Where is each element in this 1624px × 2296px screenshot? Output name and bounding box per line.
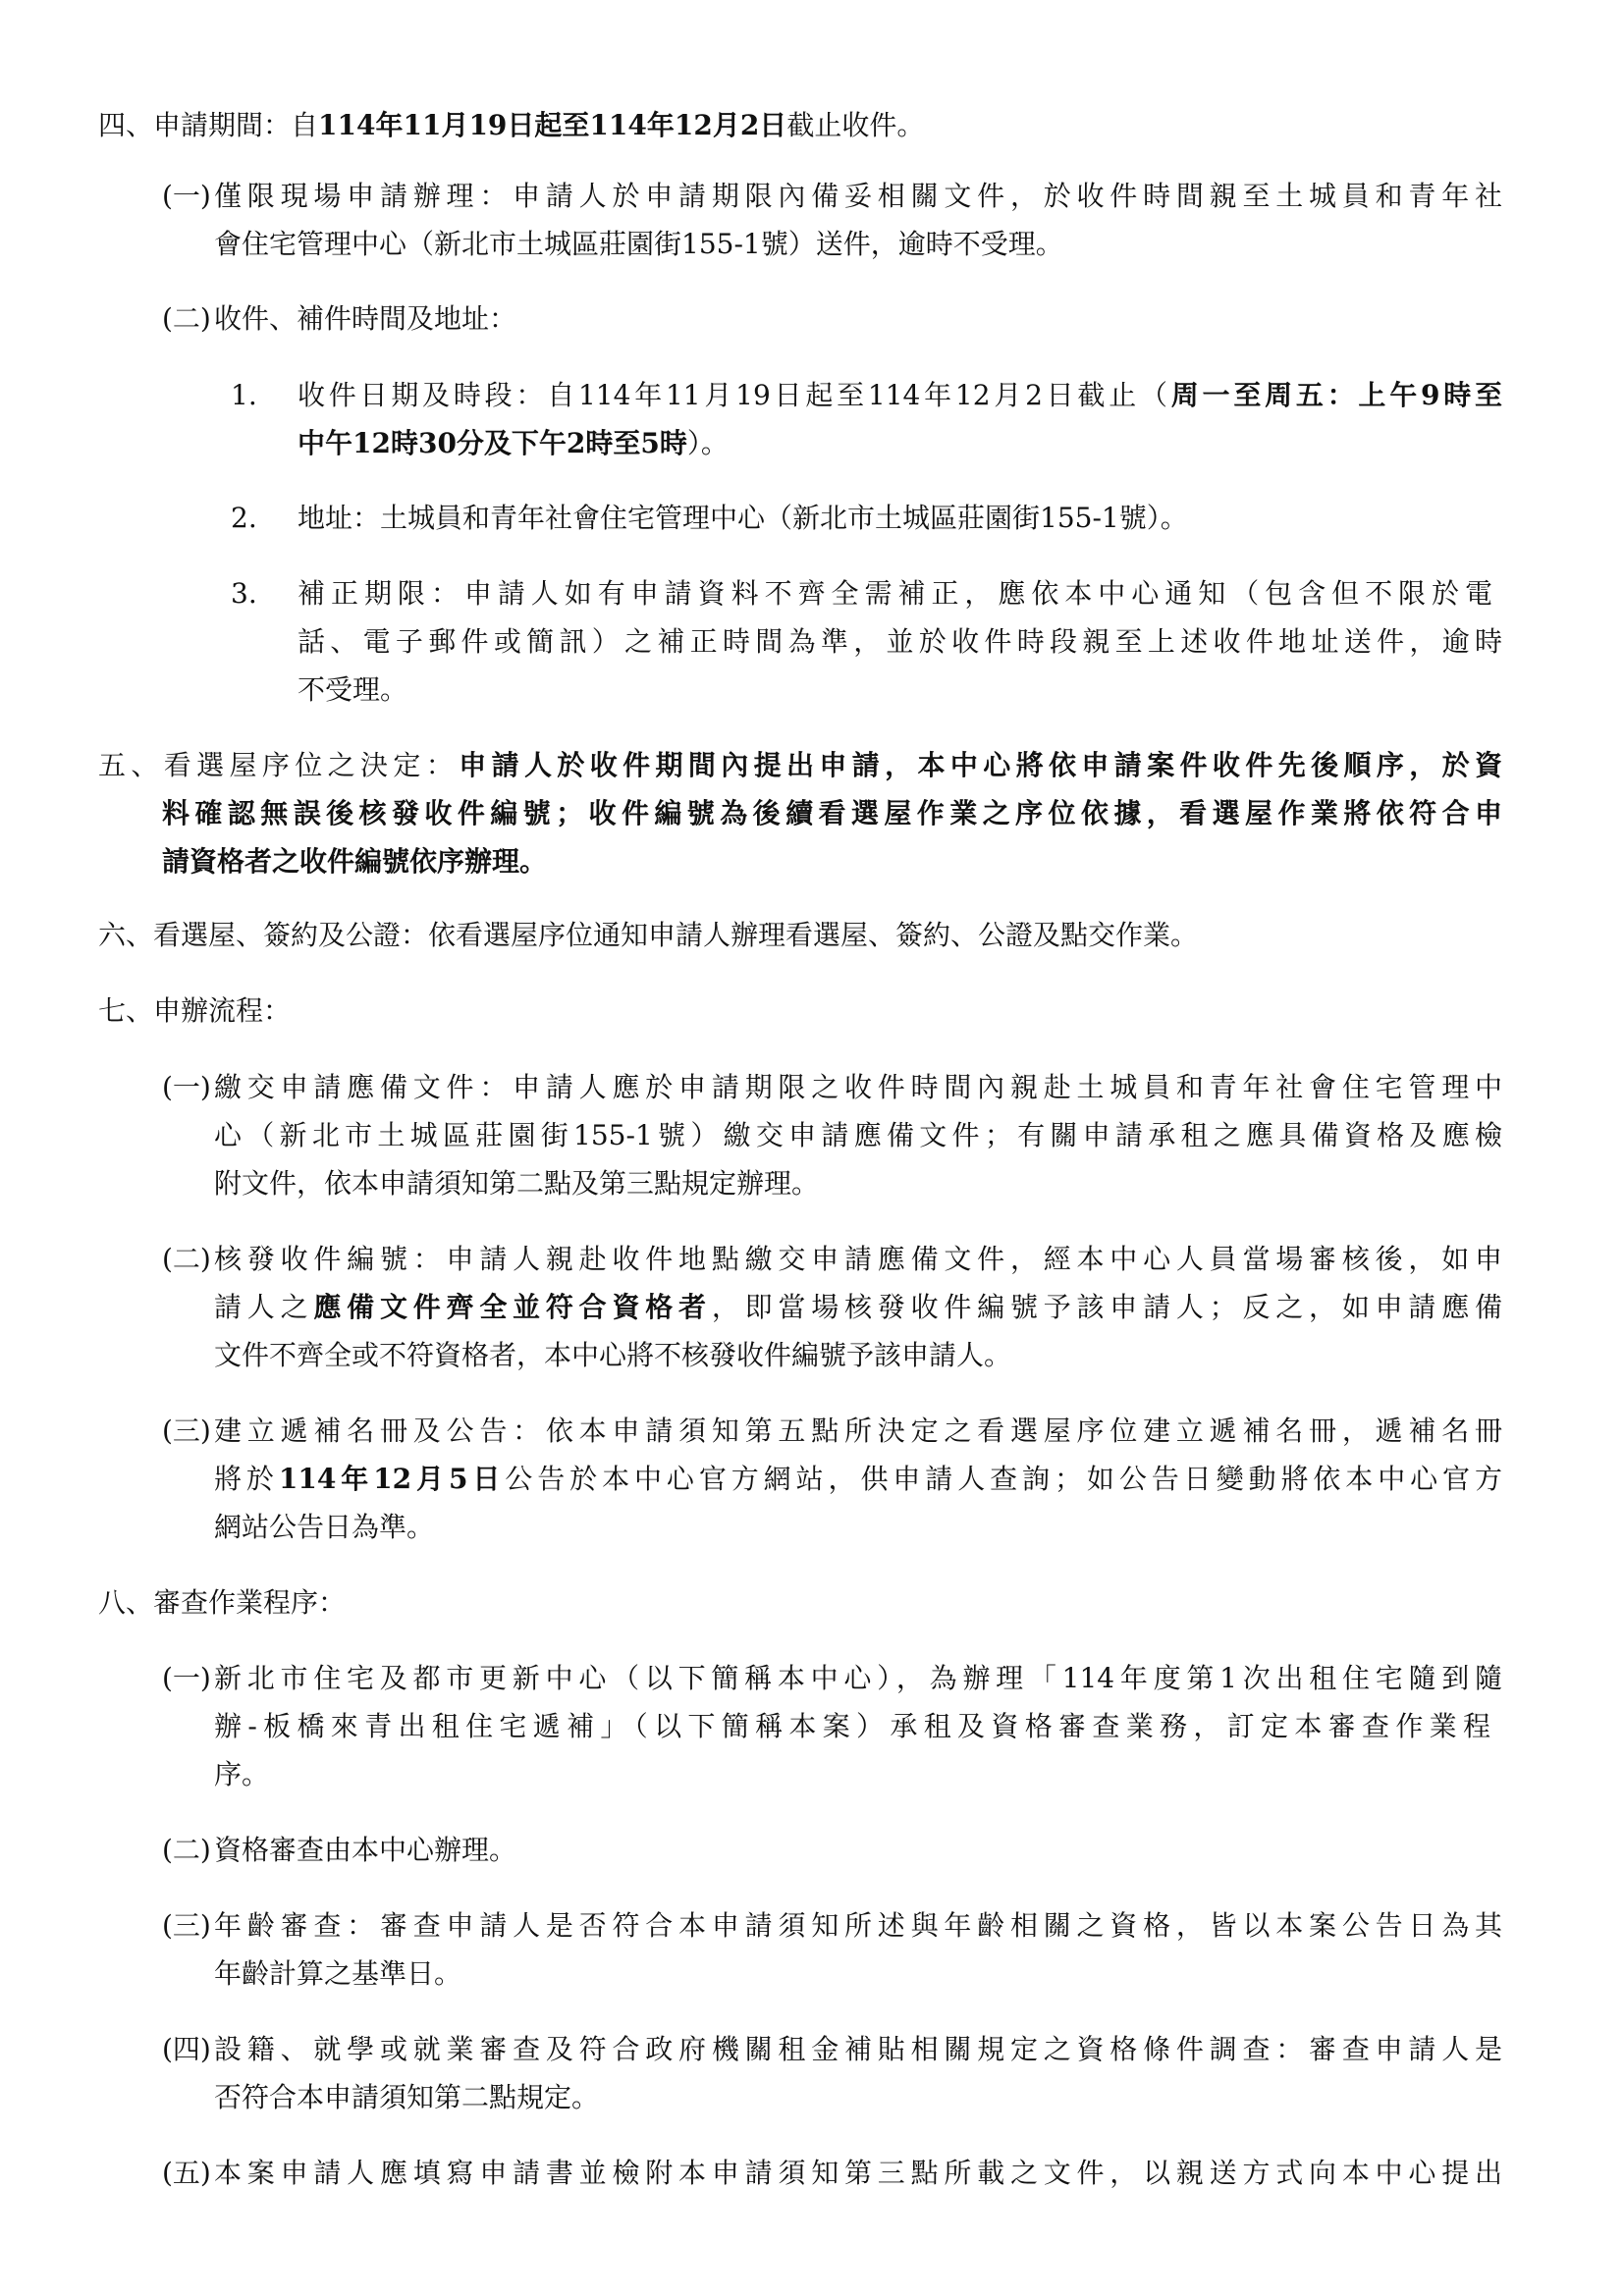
- item-label: (一): [162, 1659, 211, 1698]
- section-7-heading: 七、申辦流程：: [98, 991, 291, 1031]
- s8-item4-line1: 設籍、就學或就業審查及符合政府機關租金補貼相關規定之資格條件調查：審查申請人是: [214, 2030, 1502, 2069]
- s7-item1-line2: 心（新北市土城區莊園街155-1號）繳交申請應備文件；有關申請承租之應具備資格及…: [214, 1116, 1502, 1155]
- numbered-label: 2.: [231, 499, 257, 538]
- s4-sub1-line1: 收件日期及時段：自114年11月19日起至114年12月2日截止（周一至周五：上…: [298, 376, 1502, 415]
- s7-item2-line1: 核發收件編號：申請人親赴收件地點繳交申請應備文件，經本中心人員當場審核後，如申: [214, 1240, 1502, 1279]
- item-label: (一): [162, 1068, 211, 1107]
- section-5-title: 五、看選屋序位之決定：: [98, 749, 459, 781]
- section-5-line3: 請資格者之收件編號依序辦理。: [162, 842, 547, 881]
- application-period-dates: 114年11月19日起至114年12月2日: [318, 109, 786, 141]
- s8-item2-line1: 資格審查由本中心辦理。: [214, 1831, 516, 1870]
- section-5-line1: 五、看選屋序位之決定：申請人於收件期間內提出申請，本中心將依申請案件收件先後順序…: [98, 746, 1502, 785]
- section-8-heading: 八、審查作業程序：: [98, 1583, 346, 1623]
- s7-item1-line3: 附文件，依本申請須知第二點及第三點規定辦理。: [214, 1164, 819, 1203]
- s7-item3-line3: 網站公告日為準。: [214, 1508, 434, 1547]
- numbered-label: 3.: [231, 574, 257, 614]
- s8-item5-line1: 本案申請人應填寫申請書並檢附本申請須知第三點所載之文件，以親送方式向本中心提出: [214, 2154, 1502, 2193]
- s8-item1-line3: 序。: [214, 1755, 269, 1794]
- numbered-label: 1.: [231, 376, 257, 415]
- s4-sub3-line3: 不受理。: [298, 670, 407, 710]
- s8-item4-line2: 否符合本申請須知第二點規定。: [214, 2078, 599, 2117]
- s4-sub2-line1: 地址：土城員和青年社會住宅管理中心（新北市土城區莊園街155-1號）。: [298, 499, 1188, 538]
- s4-item2-line1: 收件、補件時間及地址：: [214, 299, 516, 339]
- item-label: (四): [162, 2030, 211, 2069]
- item-label: (三): [162, 1412, 211, 1451]
- s4-sub1-line2: 中午12時30分及下午2時至5時）。: [298, 424, 729, 463]
- s8-item1-line1: 新北市住宅及都市更新中心（以下簡稱本中心），為辦理「114年度第1次出租住宅隨到…: [214, 1659, 1502, 1698]
- section-5-line2: 料確認無誤後核發收件編號；收件編號為後續看選屋作業之序位依據，看選屋作業將依符合…: [162, 794, 1502, 833]
- qualification-emphasis: 應備文件齊全並符合資格者: [313, 1291, 711, 1323]
- s4-item1-line2: 會住宅管理中心（新北市土城區莊園街155-1號）送件，逾時不受理。: [214, 225, 1063, 264]
- item-label: (一): [162, 177, 211, 216]
- item-label: (五): [162, 2154, 211, 2193]
- item-label: (二): [162, 1831, 211, 1870]
- s4-sub3-line1: 補正期限：申請人如有申請資料不齊全需補正，應依本中心通知（包含但不限於電: [298, 574, 1492, 614]
- section-4-title: 四、申請期間：: [98, 109, 291, 141]
- s8-item3-line2: 年齡計算之基準日。: [214, 1954, 461, 1994]
- document-page: 四、申請期間：自114年11月19日起至114年12月2日截止收件。 (一) 僅…: [0, 0, 1624, 2296]
- section-6-line1: 六、看選屋、簽約及公證：依看選屋序位通知申請人辦理看選屋、簽約、公證及點交作業。: [98, 916, 1198, 955]
- section-4-heading: 四、申請期間：自114年11月19日起至114年12月2日截止收件。: [98, 106, 924, 145]
- s7-item3-line2: 將於114年12月5日公告於本中心官方網站，供申請人查詢；如公告日變動將依本中心…: [214, 1460, 1502, 1499]
- item-label: (二): [162, 299, 211, 339]
- s7-item1-line1: 繳交申請應備文件：申請人應於申請期限之收件時間內親赴土城員和青年社會住宅管理中: [214, 1068, 1502, 1107]
- s8-item3-line1: 年齡審查：審查申請人是否符合本申請須知所述與年齡相關之資格，皆以本案公告日為其: [214, 1906, 1502, 1946]
- item-label: (二): [162, 1240, 211, 1279]
- s8-item1-line2: 辦-板橋來青出租住宅遞補」（以下簡稱本案）承租及資格審查業務，訂定本審查作業程: [214, 1707, 1490, 1746]
- announcement-date: 114年12月5日: [279, 1463, 505, 1495]
- s7-item2-line2: 請人之應備文件齊全並符合資格者，即當場核發收件編號予該申請人；反之，如申請應備: [214, 1288, 1502, 1327]
- s4-sub3-line2: 話、電子郵件或簡訊）之補正時間為準，並於收件時段親至上述收件地址送件，逾時: [298, 622, 1502, 662]
- s4-item1-line1: 僅限現場申請辦理：申請人於申請期限內備妥相關文件，於收件時間親至土城員和青年社: [214, 177, 1502, 216]
- item-label: (三): [162, 1906, 211, 1946]
- s7-item3-line1: 建立遞補名冊及公告：依本申請須知第五點所決定之看選屋序位建立遞補名冊，遞補名冊: [214, 1412, 1502, 1451]
- s7-item2-line3: 文件不齊全或不符資格者，本中心將不核發收件編號予該申請人。: [214, 1336, 1011, 1375]
